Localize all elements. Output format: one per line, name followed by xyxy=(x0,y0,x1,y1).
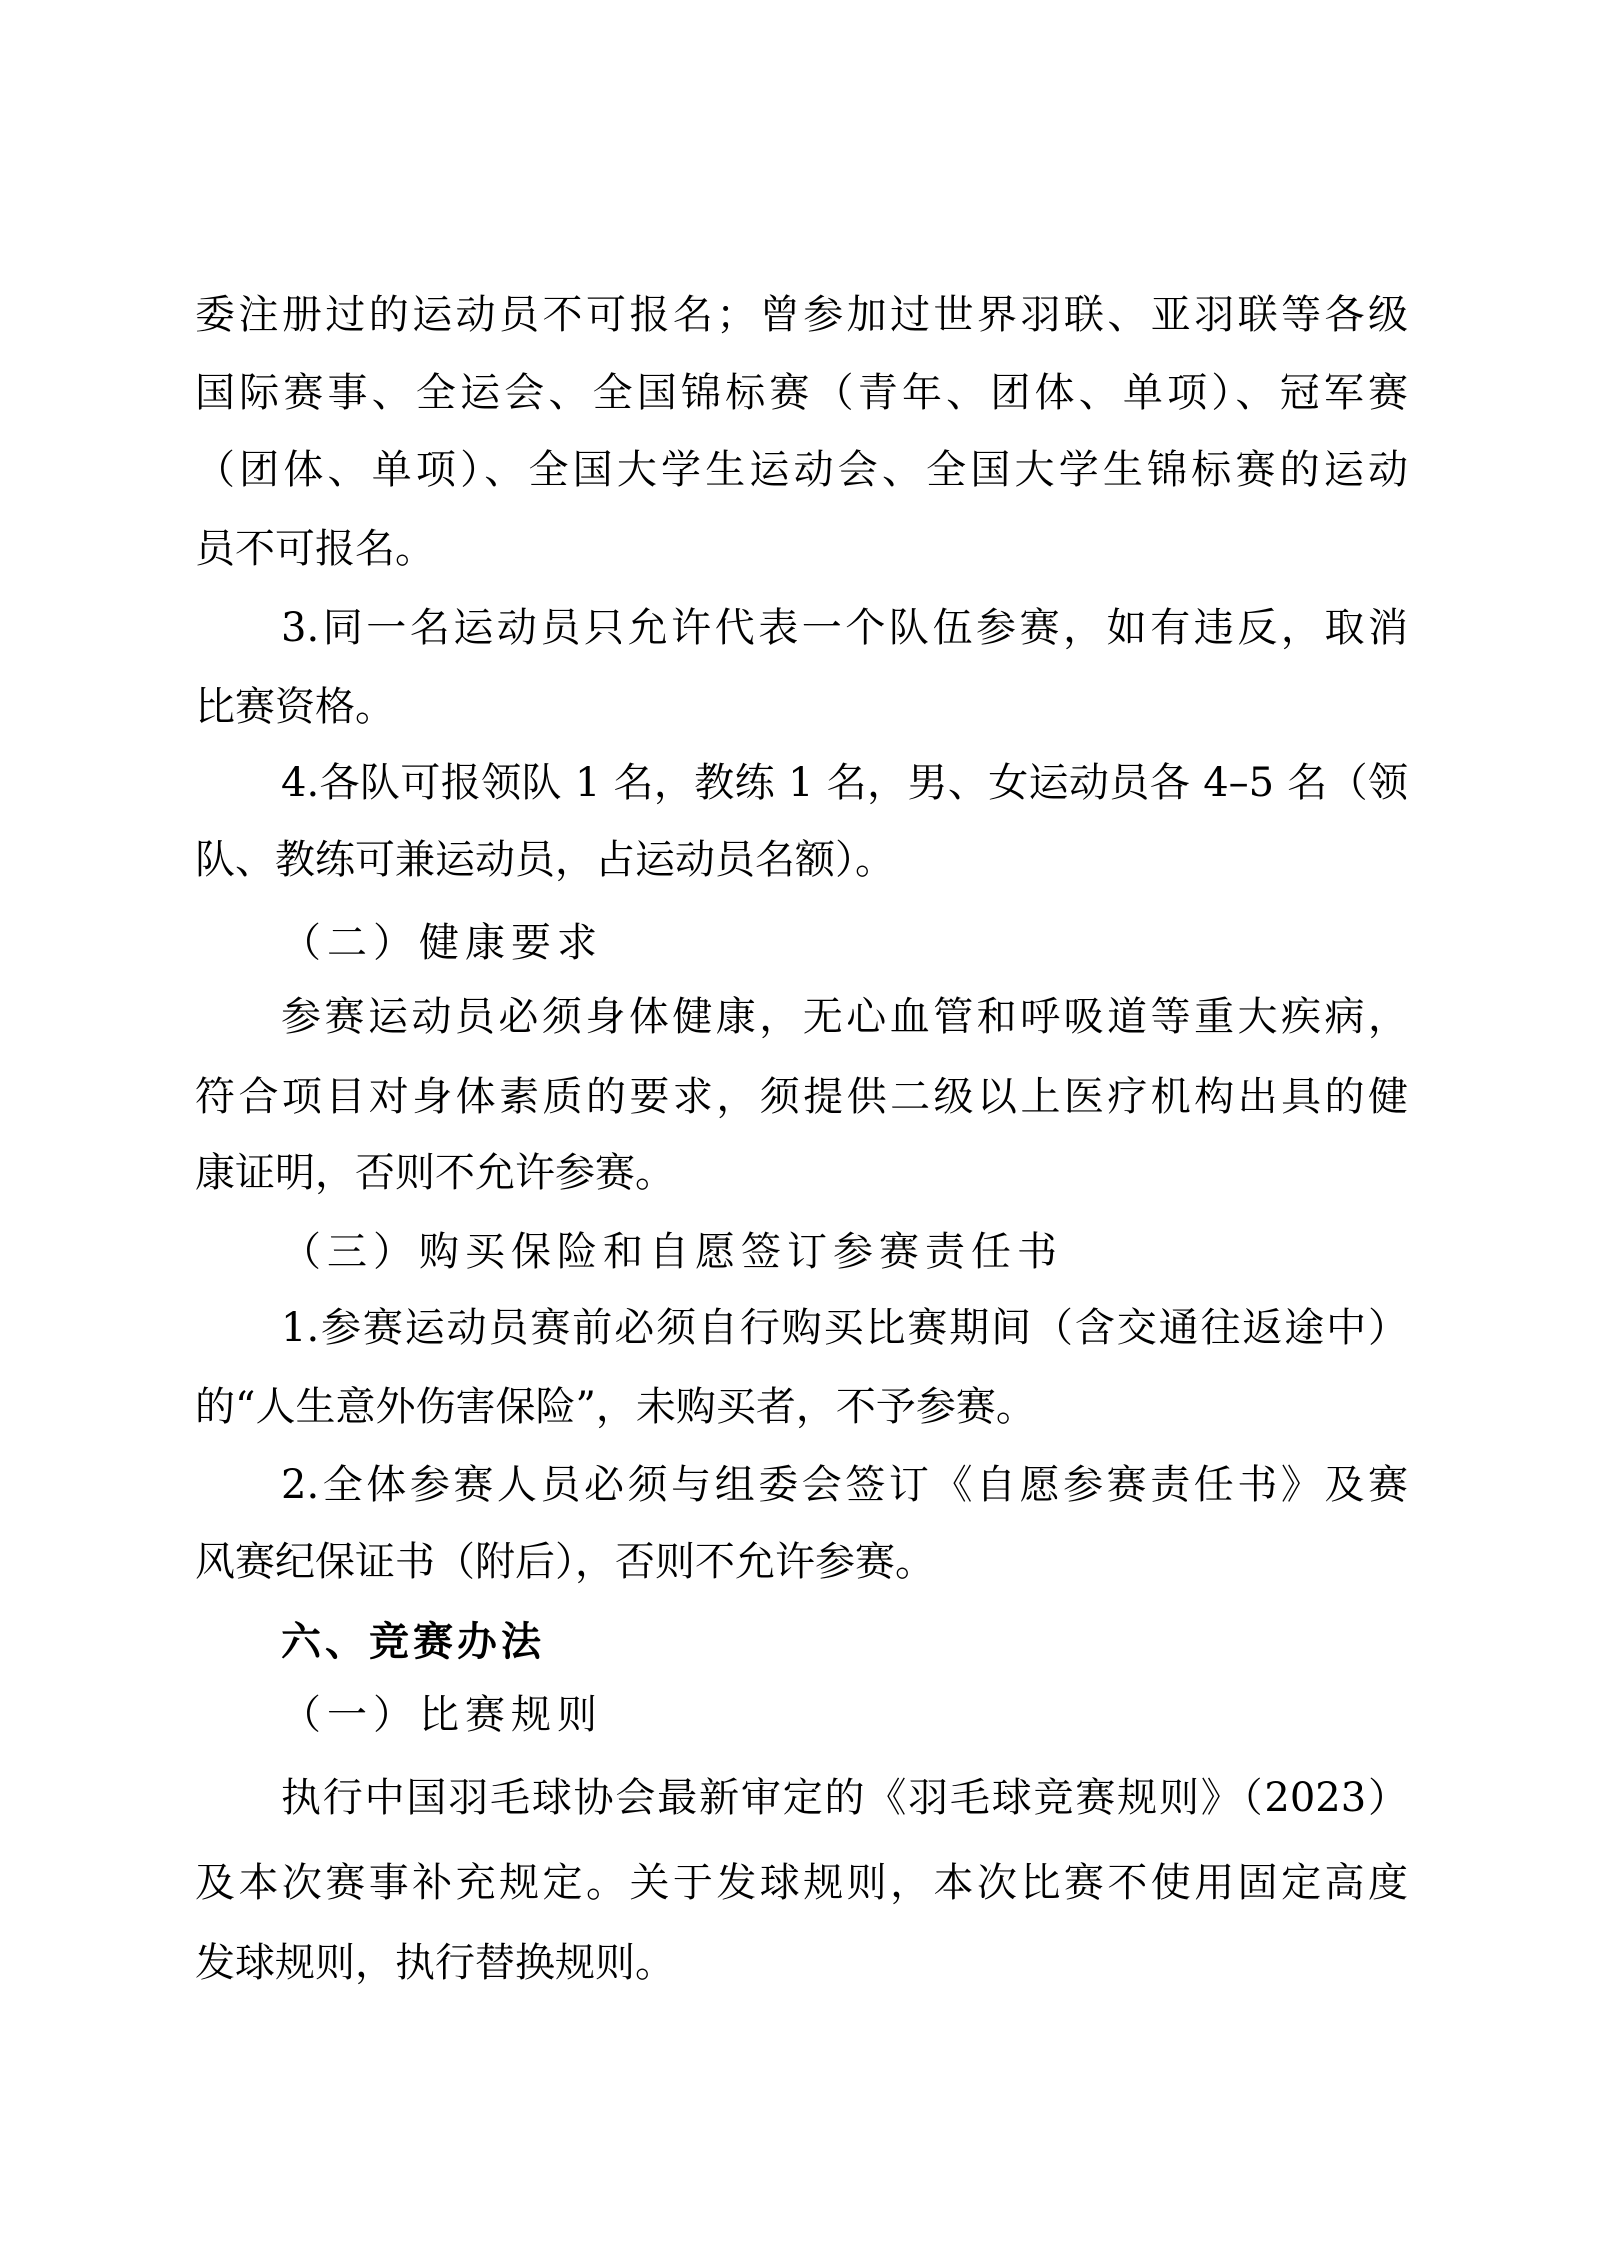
paragraph-line-eligibility-4: 员不可报名。 xyxy=(195,519,1408,579)
insurance-rule-2-line-2: 风赛纪保证书（附后），否则不允许参赛。 xyxy=(195,1532,1408,1592)
rule-4-line-2: 队、教练可兼运动员，占运动员名额）。 xyxy=(195,830,1408,890)
rules-paragraph-line-2: 及本次赛事补充规定。关于发球规则，本次比赛不使用固定高度 xyxy=(195,1853,1408,1913)
paragraph-line-eligibility-1: 委注册过的运动员不可报名；曾参加过世界羽联、亚羽联等各级 xyxy=(195,285,1408,345)
rules-paragraph-line-1: 执行中国羽毛球协会最新审定的《羽毛球竞赛规则》（2023） xyxy=(195,1768,1408,1828)
document-page: 委注册过的运动员不可报名；曾参加过世界羽联、亚羽联等各级 国际赛事、全运会、全国… xyxy=(0,0,1600,2263)
subheading-health-requirements: （二）健康要求 xyxy=(195,913,1408,973)
rules-paragraph-line-3: 发球规则，执行替换规则。 xyxy=(195,1933,1408,1993)
subheading-competition-rules: （一）比赛规则 xyxy=(195,1685,1408,1745)
insurance-rule-2-line-1: 2.全体参赛人员必须与组委会签订《自愿参赛责任书》及赛 xyxy=(195,1455,1408,1515)
section-heading-competition-methods: 六、竞赛办法 xyxy=(195,1612,1408,1672)
rule-3-line-2: 比赛资格。 xyxy=(195,677,1408,737)
rule-3-line-1: 3.同一名运动员只允许代表一个队伍参赛，如有违反，取消 xyxy=(195,598,1408,658)
insurance-rule-1-line-1: 1.参赛运动员赛前必须自行购买比赛期间（含交通往返途中） xyxy=(195,1298,1408,1358)
rule-4-line-1: 4.各队可报领队 1 名，教练 1 名，男、女运动员各 4–5 名（领 xyxy=(195,753,1408,813)
paragraph-line-eligibility-3: （团体、单项）、全国大学生运动会、全国大学生锦标赛的运动 xyxy=(195,440,1408,500)
paragraph-line-eligibility-2: 国际赛事、全运会、全国锦标赛（青年、团体、单项）、冠军赛 xyxy=(195,363,1408,423)
insurance-rule-1-line-2: 的“人生意外伤害保险”，未购买者，不予参赛。 xyxy=(195,1377,1408,1437)
subheading-insurance-and-waiver: （三）购买保险和自愿签订参赛责任书 xyxy=(195,1222,1408,1282)
health-paragraph-line-1: 参赛运动员必须身体健康，无心血管和呼吸道等重大疾病， xyxy=(195,987,1408,1047)
health-paragraph-line-2: 符合项目对身体素质的要求，须提供二级以上医疗机构出具的健 xyxy=(195,1067,1408,1127)
health-paragraph-line-3: 康证明，否则不允许参赛。 xyxy=(195,1143,1408,1203)
